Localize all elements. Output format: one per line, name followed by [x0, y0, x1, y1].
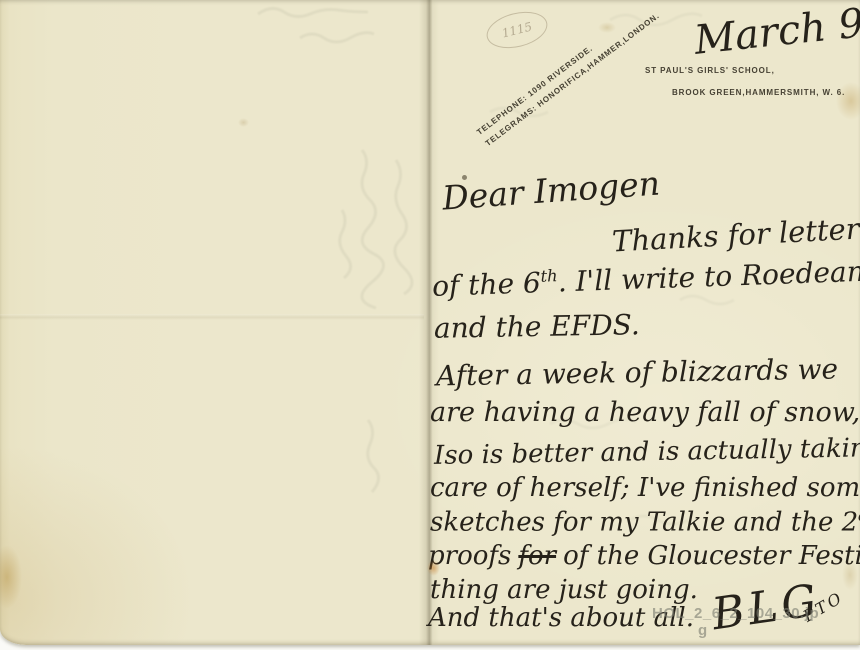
letterhead-address: BROOK GREEN,HAMMERSMITH, W. 6.	[672, 88, 845, 97]
foxing-spot-bottom-right	[842, 560, 858, 590]
body-line-2-text: of the 6	[432, 266, 542, 303]
body-line-3: and the EFDS.	[434, 311, 640, 343]
body-line-9-rest: of the Gloucester Festival	[563, 541, 860, 571]
foxing-spot-top	[598, 22, 616, 33]
body-line-8: sketches for my Talkie and the 2d	[430, 509, 860, 536]
ink-fleck	[462, 175, 467, 180]
pencil-note-text: 1115	[500, 20, 533, 41]
body-line-5: are having a heavy fall of snow,	[430, 399, 860, 426]
body-line-6: Iso is better and is actually taking	[434, 435, 860, 469]
watermark-overlay-line1: HOL_2_6_2_104_30.jp	[652, 605, 819, 622]
scanned-letter: 1115 March 9 TELEPHONE: 1090 RIVERSIDE. …	[0, 0, 860, 650]
watermark-overlay-line2: g	[698, 622, 708, 639]
letter-paper: 1115 March 9 TELEPHONE: 1090 RIVERSIDE. …	[0, 0, 860, 645]
foxing-spot-left-page	[238, 118, 249, 127]
struck-word: for	[518, 541, 556, 571]
body-line-10: thing are just going.	[430, 577, 698, 603]
stain-right-edge	[836, 82, 860, 120]
body-line-4: After a week of blizzards we	[436, 355, 838, 390]
letterhead-school: ST PAUL'S GIRLS' SCHOOL,	[645, 66, 775, 75]
body-line-9-text: proofs	[428, 541, 511, 571]
horizontal-crease	[0, 314, 424, 320]
body-line-7: care of herself; I've finished some	[430, 475, 860, 501]
body-line-8-text: sketches for my Talkie and the 2	[430, 508, 858, 538]
body-line-9: proofsforof the Gloucester Festival	[428, 543, 860, 569]
stain-fold-bottom	[427, 560, 440, 576]
show-through-marks-left	[0, 0, 430, 650]
superscript-th: th	[540, 266, 558, 286]
